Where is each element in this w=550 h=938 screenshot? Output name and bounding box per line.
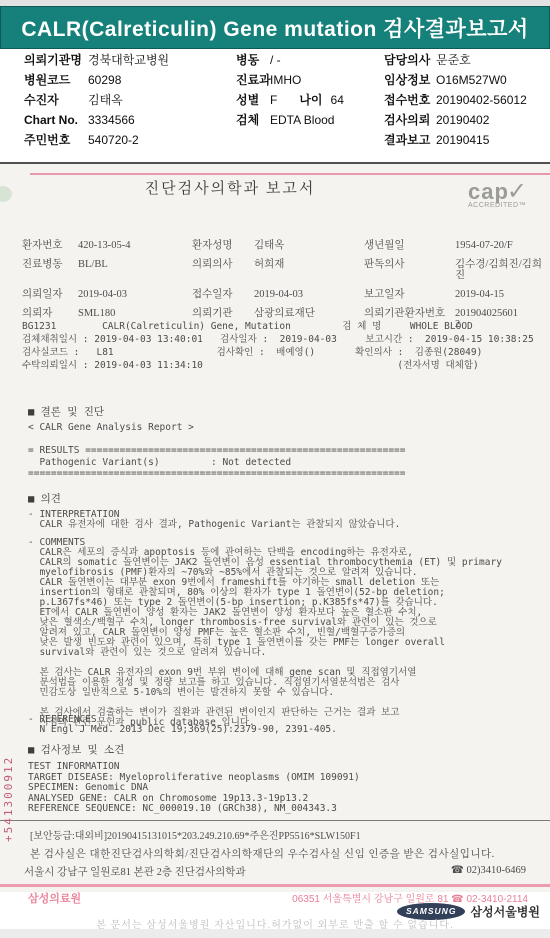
birthdate-value: 1954-07-20/F <box>455 240 542 251</box>
field-hospital-code: 병원코드60298 <box>24 73 229 87</box>
opinion-section-heading: ■ 의견 <box>28 491 61 506</box>
emr-header: 의뢰기관명경북대학교병원 병원코드60298 수진자김태옥 Chart No.3… <box>0 53 550 161</box>
lab-phone: ☎ 02)3410-6469 <box>451 864 526 879</box>
test-info-section-heading: ■ 검사정보 및 소견 <box>28 742 124 757</box>
ward-value: BL/BL <box>78 259 190 281</box>
references-block: - REFERENCES N Engl J Med. 2013 Dec 19;3… <box>28 715 337 735</box>
security-classification-line: [보안등급:대외비]20190415131015*203.249.210.69*… <box>30 827 361 842</box>
window-bottom-strip <box>0 929 550 938</box>
emr-header-middle-column: 병동/ - 진료과IMHO 성별F나이64 검체EDTA Blood <box>236 53 384 133</box>
patient-info-table: 환자번호420-13-05-4 환자성명김태옥 생년월일1954-07-20/F… <box>20 240 542 330</box>
patient-id-value: 420-13-05-4 <box>78 240 190 251</box>
report-title-bar: CALR(Calreticulin) Gene mutation 검사결과보고서 <box>0 6 550 49</box>
field-sex-age: 성별F나이64 <box>236 93 384 107</box>
ordering-doctor-label: 의뢰의사 <box>190 259 254 281</box>
footer-rule <box>0 884 550 887</box>
ward-label: 진료병동 <box>20 259 78 281</box>
medical-center-brand: 삼성의료원 <box>28 890 81 906</box>
lab-accreditation-line: 본 검사실은 대한진단검사의학회/진단검사의학재단의 우수검사실 신임 인증을 … <box>30 846 495 861</box>
patient-name-label: 환자성명 <box>190 240 254 251</box>
department-report-title: 진단검사의학과 보고서 <box>0 177 460 198</box>
receipt-date-label: 접수일자 <box>190 289 254 300</box>
birthdate-label: 생년월일 <box>362 240 455 251</box>
reading-doctor-label: 판독의사 <box>362 259 455 281</box>
ordering-doctor-value: 허희재 <box>254 259 362 281</box>
specimen-detail-block: BG1231 CALR(Calreticulin) Gene, Mutation… <box>22 320 534 372</box>
comments-block: - COMMENTS CALR은 세포의 증식과 apoptosis 등에 관여… <box>28 538 502 728</box>
field-clinical-info: 임상정보O16M527W0 <box>384 73 548 87</box>
field-specimen: 검체EDTA Blood <box>236 113 384 127</box>
conclusion-section-heading: ■ 결론 및 진단 <box>28 404 104 419</box>
report-window: CALR(Calreticulin) Gene mutation 검사결과보고서… <box>0 0 550 938</box>
field-institution: 의뢰기관명경북대학교병원 <box>24 53 229 67</box>
field-chart-no: Chart No.3334566 <box>24 113 229 127</box>
patient-id-label: 환자번호 <box>20 240 78 251</box>
emr-header-left-column: 의뢰기관명경북대학교병원 병원코드60298 수진자김태옥 Chart No.3… <box>24 53 229 153</box>
order-date-value: 2019-04-03 <box>78 289 190 300</box>
emr-header-right-column: 담당의사문준호 임상정보O16M527W0 접수번호20190402-56012… <box>384 53 548 153</box>
lab-address: 서울시 강남구 일원로81 본관 2층 진단검사의학과 <box>24 864 246 879</box>
report-date-value: 2019-04-15 <box>455 289 542 300</box>
field-doctor: 담당의사문준호 <box>384 53 548 67</box>
footer-separator <box>0 820 550 821</box>
field-department: 진료과IMHO <box>236 73 384 87</box>
field-resident-no: 주민번호540720-2 <box>24 133 229 147</box>
receipt-date-value: 2019-04-03 <box>254 289 362 300</box>
side-tracking-code: +541300912 <box>2 692 15 842</box>
reading-doctor-value: 김수경/김희진/김희진 <box>455 259 542 281</box>
field-accession-no: 접수번호20190402-56012 <box>384 93 548 107</box>
field-result-date: 결과보고20190415 <box>384 133 548 147</box>
cap-accredited-logo: cap✓ ACCREDITED™ <box>468 177 546 209</box>
report-top-rule <box>30 173 550 175</box>
scanned-report: 진단검사의학과 보고서 cap✓ ACCREDITED™ 환자번호420-13-… <box>0 164 550 892</box>
cap-logo-text: cap <box>468 179 509 204</box>
interpretation-block: - INTERPRETATION CALR 유전자에 대한 검사 결과, Pat… <box>28 510 400 530</box>
field-patient: 수진자김태옥 <box>24 93 229 107</box>
cap-accredited-label: ACCREDITED™ <box>468 202 546 209</box>
field-order-date: 검사의뢰20190402 <box>384 113 548 127</box>
cap-check-icon: ✓ <box>507 178 527 205</box>
patient-name-value: 김태옥 <box>254 240 362 251</box>
report-title: CALR(Calreticulin) Gene mutation 검사결과보고서 <box>21 13 528 43</box>
results-block: < CALR Gene Analysis Report > = RESULTS … <box>28 422 406 480</box>
order-date-label: 의뢰일자 <box>20 289 78 300</box>
field-ward: 병동/ - <box>236 53 384 67</box>
report-date-label: 보고일자 <box>362 289 455 300</box>
test-info-block: TEST INFORMATION TARGET DISEASE: Myelopr… <box>28 762 360 815</box>
